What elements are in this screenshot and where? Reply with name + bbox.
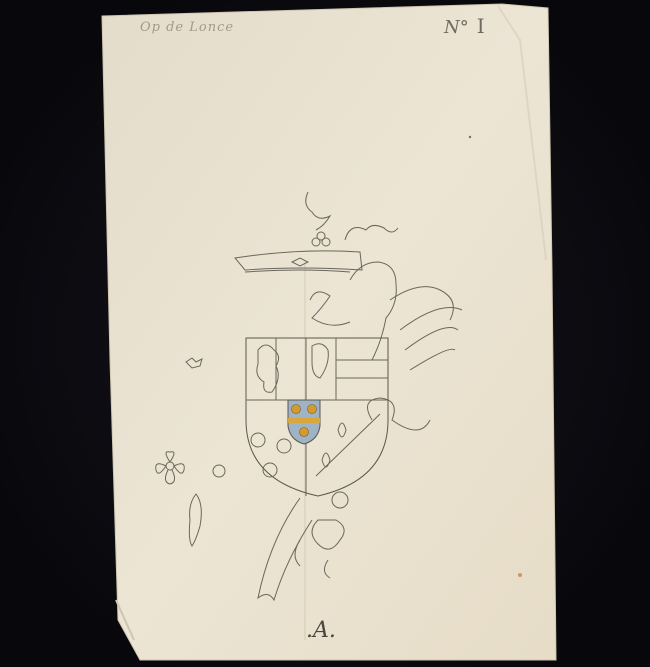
bottom-letter-mark: .A.	[306, 618, 336, 643]
sheet-number: N°I	[444, 14, 485, 38]
paper-sheet	[0, 0, 650, 667]
colored-inescutcheon	[288, 400, 320, 444]
top-left-inscription: Op de Lonce	[140, 20, 234, 35]
number-prefix: N°	[444, 17, 469, 38]
roman-numeral: I	[477, 14, 485, 38]
